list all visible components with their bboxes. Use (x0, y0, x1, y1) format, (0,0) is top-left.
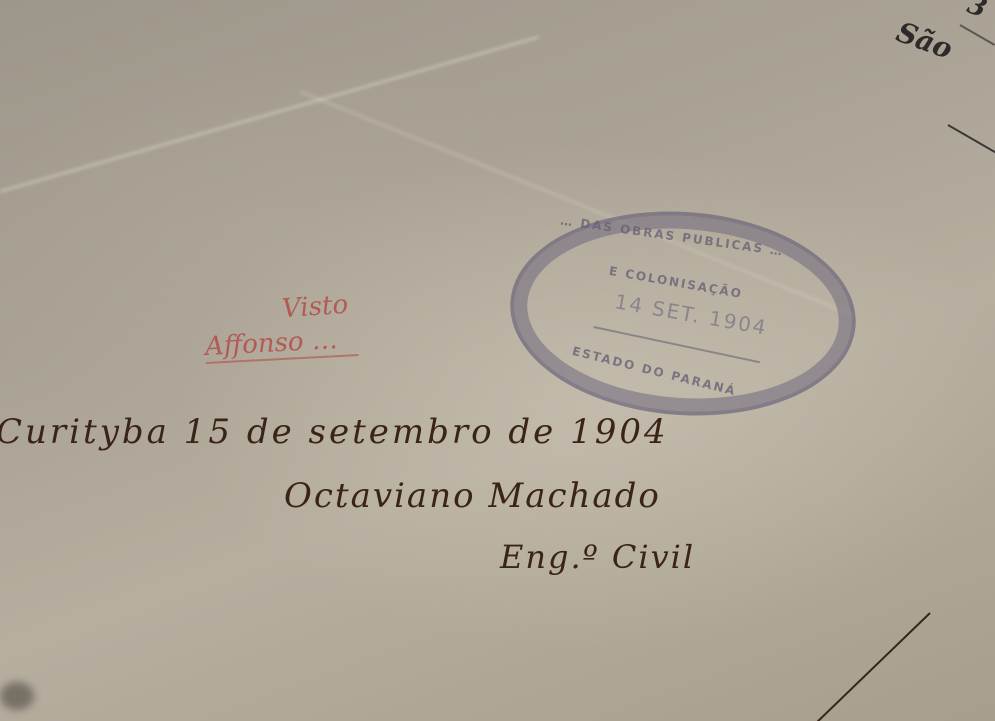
signature-title: Eng.º Civil (500, 538, 695, 576)
signature-flourish (814, 612, 930, 721)
date-line: Curityba 15 de setembro de 1904 (0, 412, 669, 452)
printed-header-fragment: São (892, 15, 957, 66)
stamp-outer-text-top: … DAS OBRAS PUBLICAS … (559, 213, 784, 258)
document-photo: 3 São Visto Affonso … … DAS OBRAS PUBLIC… (0, 0, 995, 721)
approval-note-line2: Affonso … (204, 324, 358, 364)
printed-rule (960, 24, 995, 46)
approval-note-line1: Visto (281, 290, 349, 325)
paper-stain (0, 682, 34, 710)
printed-header-top: 3 (963, 0, 990, 24)
ink-stamp: … DAS OBRAS PUBLICAS … E COLONISAÇÃO 14 … (503, 200, 862, 427)
signature: Octaviano Machado (284, 476, 661, 516)
paper-crease (0, 36, 539, 193)
stamp-date: 14 SET. 1904 (613, 289, 769, 339)
printed-rule (948, 124, 995, 156)
